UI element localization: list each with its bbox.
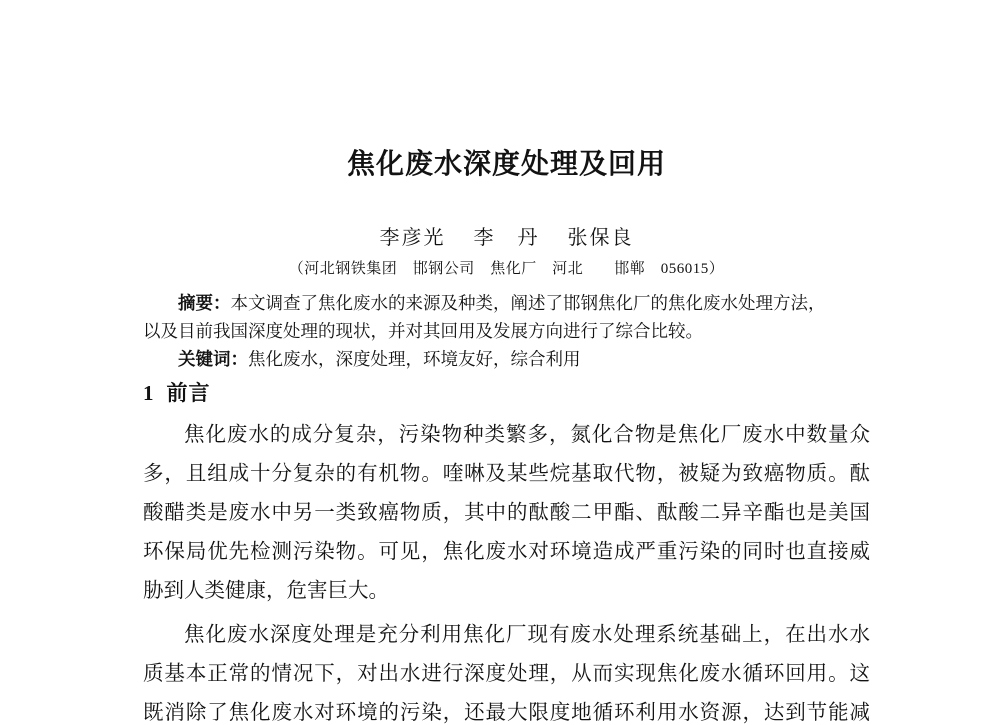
keywords-text: 焦化废水，深度处理，环境友好，综合利用	[248, 349, 581, 369]
body-text-line: 焦化废水的成分复杂，污染物种类繁多，氮化合物是焦化厂废水中数量众	[143, 416, 870, 455]
paragraph: 焦化废水的成分复杂，污染物种类繁多，氮化合物是焦化厂废水中数量众多，且组成十分复…	[143, 416, 870, 611]
keywords-label: 关键词：	[178, 349, 248, 369]
paper-title: 焦化废水深度处理及回用	[143, 148, 870, 182]
abstract-label: 摘要：	[178, 293, 231, 313]
body-text-line: 质基本正常的情况下，对出水进行深度处理，从而实现焦化废水循环回用。这	[143, 655, 870, 694]
section-number: 1	[143, 381, 155, 405]
paragraph: 焦化废水深度处理是充分利用焦化厂现有废水处理系统基础上，在出水水质基本正常的情况…	[143, 616, 870, 725]
affiliation-line: （河北钢铁集团 邯钢公司 焦化厂 河北 邯郸 056015）	[143, 260, 870, 279]
body-text-line: 多，且组成十分复杂的有机物。喹啉及某些烷基取代物，被疑为致癌物质。酞	[143, 455, 870, 494]
abstract-line: 以及目前我国深度处理的现状，并对其回用及发展方向进行了综合比较。	[143, 317, 870, 345]
body-text-line: 酸醋类是废水中另一类致癌物质，其中的酞酸二甲酯、酞酸二异辛酯也是美国	[143, 494, 870, 533]
body-text-line: 既消除了焦化废水对环境的污染，还最大限度地循环利用水资源，达到节能减	[143, 694, 870, 725]
author-name: 张保良	[568, 226, 634, 250]
document-page: 焦化废水深度处理及回用 李彦光李 丹张保良 （河北钢铁集团 邯钢公司 焦化厂 河…	[0, 0, 1000, 725]
section-heading: 1前言	[143, 378, 870, 409]
section-title: 前言	[167, 381, 211, 405]
body-text-line: 胁到人类健康，危害巨大。	[143, 572, 870, 611]
keywords-line: 关键词：焦化废水，深度处理，环境友好，综合利用	[143, 345, 870, 373]
page-content: 焦化废水深度处理及回用 李彦光李 丹张保良 （河北钢铁集团 邯钢公司 焦化厂 河…	[143, 0, 870, 725]
body-text-line: 环保局优先检测污染物。可见，焦化废水对环境造成严重污染的同时也直接威	[143, 533, 870, 572]
author-name: 李彦光	[380, 226, 446, 250]
abstract-line: 摘要：本文调查了焦化废水的来源及种类，阐述了邯钢焦化厂的焦化废水处理方法，	[143, 289, 870, 317]
body-text-line: 焦化废水深度处理是充分利用焦化厂现有废水处理系统基础上，在出水水	[143, 616, 870, 655]
body-text: 焦化废水的成分复杂，污染物种类繁多，氮化合物是焦化厂废水中数量众多，且组成十分复…	[143, 416, 870, 725]
author-name: 李 丹	[474, 226, 540, 250]
authors-line: 李彦光李 丹张保良	[143, 226, 870, 250]
abstract-block: 摘要：本文调查了焦化废水的来源及种类，阐述了邯钢焦化厂的焦化废水处理方法， 以及…	[143, 289, 870, 373]
abstract-text: 本文调查了焦化废水的来源及种类，阐述了邯钢焦化厂的焦化废水处理方法，	[231, 293, 826, 313]
